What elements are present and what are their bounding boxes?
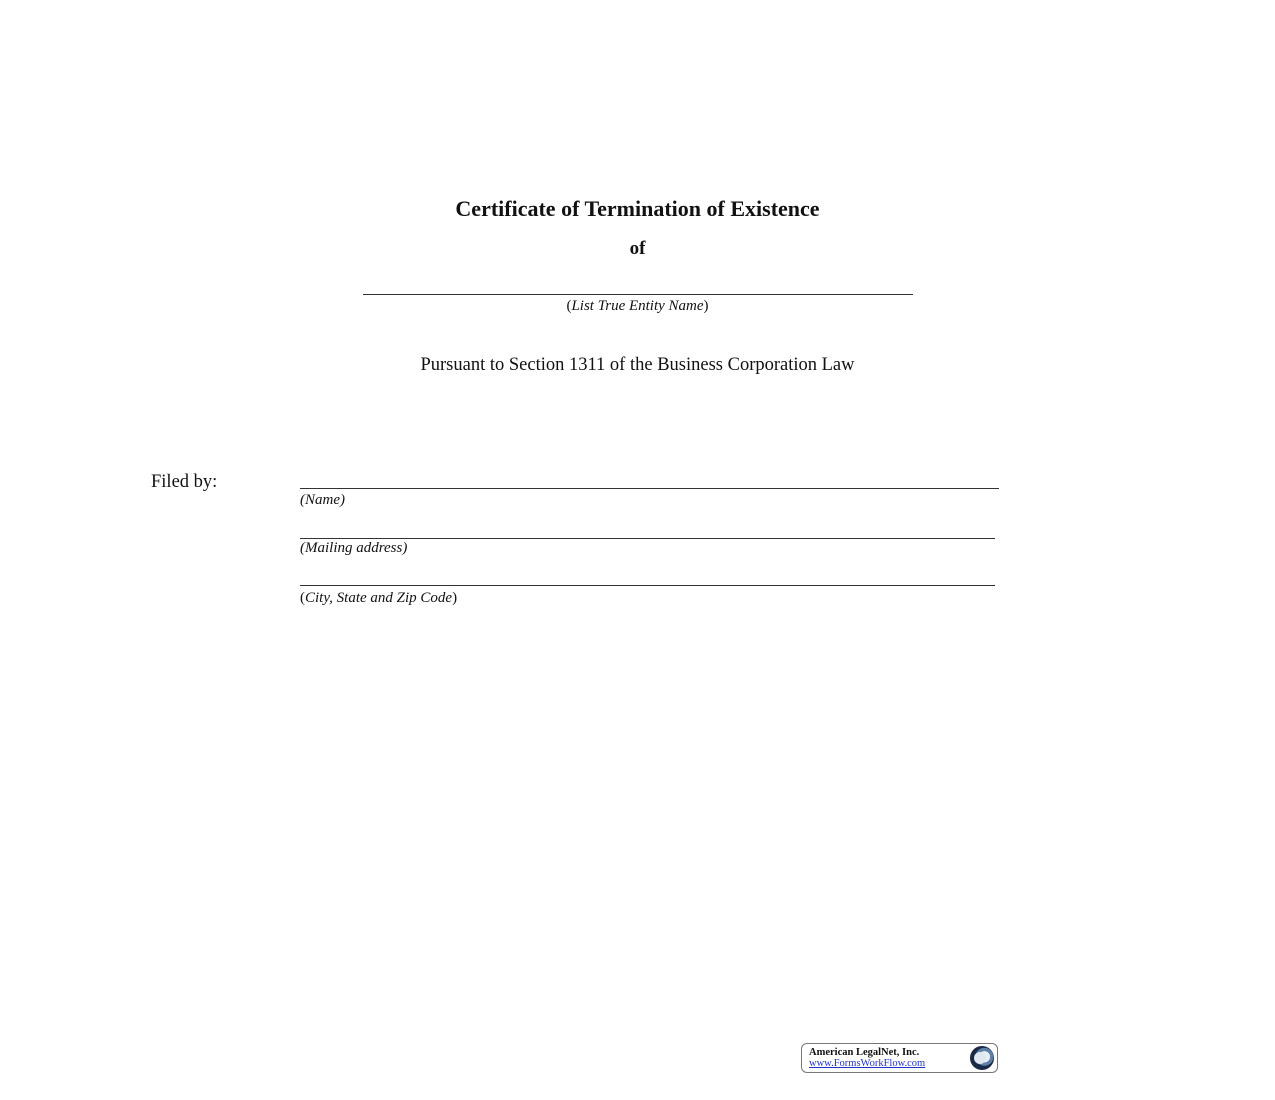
globe-logo-icon [970, 1046, 994, 1070]
document-title: Certificate of Termination of Existence [0, 196, 1275, 222]
logo-url-link[interactable]: www.FormsWorkFlow.com [809, 1058, 925, 1069]
filer-city-line[interactable] [300, 585, 995, 586]
filed-by-label: Filed by: [151, 472, 217, 493]
filer-name-caption: (Name) [300, 492, 345, 509]
logo-company-name: American LegalNet, Inc. [809, 1047, 919, 1058]
footer-logo[interactable]: American LegalNet, Inc. www.FormsWorkFlo… [801, 1043, 998, 1073]
entity-name-caption: (List True Entity Name) [0, 298, 1275, 315]
entity-name-line[interactable] [363, 294, 913, 295]
paren-close: ) [704, 298, 709, 314]
city-caption-text: City, State and Zip Code [305, 590, 452, 606]
filer-address-caption: (Mailing address) [300, 540, 407, 557]
filer-name-line[interactable] [300, 488, 999, 489]
paren-close: ) [452, 590, 457, 606]
filer-city-caption: (City, State and Zip Code) [300, 590, 457, 607]
entity-caption-text: List True Entity Name [571, 298, 703, 314]
filer-address-line[interactable] [300, 538, 995, 539]
document-of: of [0, 238, 1275, 260]
pursuant-statement: Pursuant to Section 1311 of the Business… [0, 355, 1275, 376]
